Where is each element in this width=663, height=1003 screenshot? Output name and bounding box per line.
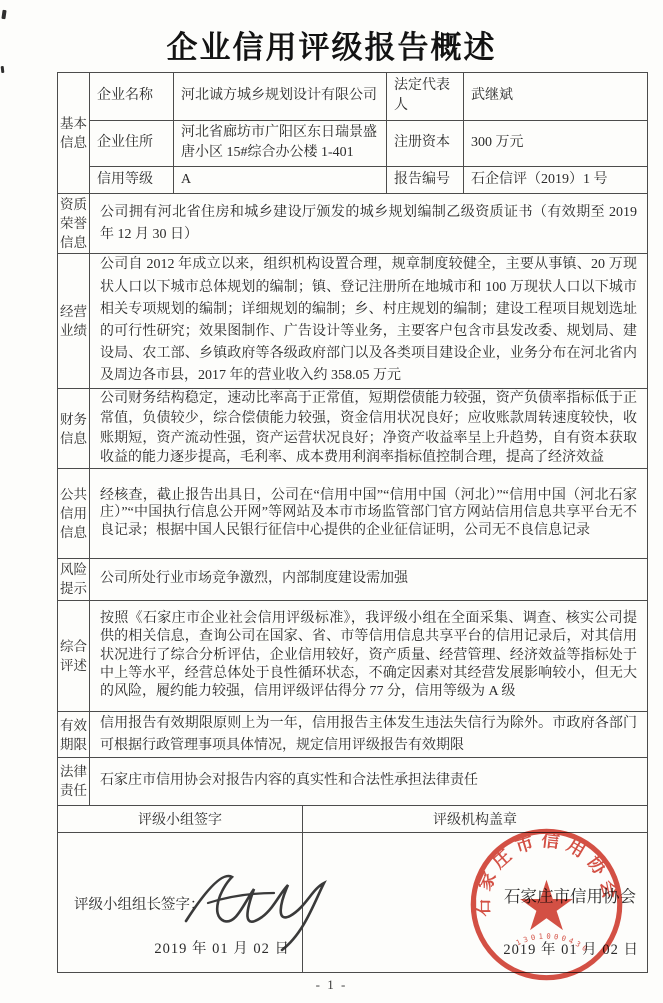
section-content: 信用报告有效期限原则上为一年，信用报告主体发生违法失信行为除外。市政府各部门可根… (90, 712, 647, 757)
section-label-qualification: 资质荣誉信息 (58, 194, 90, 253)
section-content: 公司拥有河北省住房和城乡建设厅颁发的城乡规划编制乙级资质证书（有效期至 2019… (90, 194, 647, 253)
section-text: 按照《石家庄市企业社会信用评级标准》，我评级小组在全面采集、调查、核实公司提供的… (100, 610, 637, 702)
section-public-credit: 公共信用信息 经核查，截止报告出具日，公司在“信用中国”“信用中国（河北）”“信… (58, 469, 647, 559)
section-text: 公司财务结构稳定，速动比率高于正常值，短期偿债能力较强，资产负债率指标低于正常值… (100, 389, 637, 467)
field-value-registered-capital: 300 万元 (464, 121, 647, 167)
section-label-business: 经营业绩 (58, 254, 90, 388)
scan-artifact (1, 10, 6, 19)
section-label-basic: 基本信息 (58, 73, 90, 193)
section-content: 石家庄市信用协会对报告内容的真实性和合法性承担法律责任 (90, 758, 647, 805)
section-label-risk: 风险提示 (58, 559, 90, 600)
table-row: 企业住所 河北省廊坊市广阳区东日瑞景盛唐小区 15#综合办公楼 1-401 注册… (90, 121, 647, 168)
table-row: 企业名称 河北诚方城乡规划设计有限公司 法定代表人 武继斌 (90, 73, 647, 121)
section-content: 公司财务结构稳定，速动比率高于正常值，短期偿债能力较强，资产负债率指标低于正常值… (90, 389, 647, 468)
section-qualification: 资质荣誉信息 公司拥有河北省住房和城乡建设厅颁发的城乡规划编制乙级资质证书（有效… (58, 194, 647, 254)
seal-star-icon (520, 879, 573, 929)
section-validity-period: 有效期限 信用报告有效期限原则上为一年，信用报告主体发生违法失信行为除外。市政府… (58, 712, 647, 758)
table-row: 信用等级 A 报告编号 石企信评（2019）1 号 (90, 167, 647, 193)
field-value-company-name: 河北诚方城乡规划设计有限公司 (174, 73, 387, 120)
scanned-report-page: 企业信用评级报告概述 基本信息 企业名称 河北诚方城乡规划设计有限公司 法定代表… (0, 0, 663, 1003)
section-label-legal: 法律责任 (58, 758, 90, 805)
section-text: 经核查，截止报告出具日，公司在“信用中国”“信用中国（河北）”“信用中国（河北石… (100, 487, 637, 540)
signing-content-row: 评级小组组长签字： 2019 年 01 月 02 日 石家庄市信用协会 2019… (58, 833, 647, 972)
section-label-review: 综合评述 (58, 601, 90, 711)
field-label-legal-rep: 法定代表人 (387, 73, 464, 120)
field-label-registered-capital: 注册资本 (387, 121, 464, 167)
field-label-report-number: 报告编号 (387, 167, 464, 193)
field-value-report-number: 石企信评（2019）1 号 (464, 167, 647, 193)
section-business-performance: 经营业绩 公司自 2012 年成立以来，组织机构设置合理，规章制度较健全，主要从… (58, 254, 647, 389)
section-text: 公司自 2012 年成立以来，组织机构设置合理，规章制度较健全，主要从事镇、20… (100, 254, 637, 387)
field-label-company-name: 企业名称 (90, 73, 174, 120)
section-content: 经核查，截止报告出具日，公司在“信用中国”“信用中国（河北）”“信用中国（河北石… (90, 469, 647, 558)
section-label-validity: 有效期限 (58, 712, 90, 757)
section-text: 石家庄市信用协会对报告内容的真实性和合法性承担法律责任 (100, 771, 637, 791)
section-overall-review: 综合评述 按照《石家庄市企业社会信用评级标准》，我评级小组在全面采集、调查、核实… (58, 601, 647, 712)
signature-cell: 评级小组组长签字： 2019 年 01 月 02 日 (58, 833, 303, 972)
section-content: 公司自 2012 年成立以来，组织机构设置合理，规章制度较健全，主要从事镇、20… (90, 254, 647, 388)
signature-date: 2019 年 01 月 02 日 (154, 937, 290, 958)
svg-text:1301000430: 1301000430 (515, 931, 592, 954)
field-value-legal-rep: 武继斌 (464, 73, 647, 120)
seal-cell: 石家庄市信用协会 2019 年 01 月 02 日 石家庄市信用协会 13010… (303, 833, 647, 972)
section-risk-warning: 风险提示 公司所处行业市场竞争激烈，内部制度建设需加强 (58, 559, 647, 601)
section-text: 信用报告有效期限原则上为一年，信用报告主体发生违法失信行为除外。市政府各部门可根… (100, 713, 637, 756)
official-red-seal: 石家庄市信用协会 1301000430 (464, 822, 629, 987)
field-label-credit-grade: 信用等级 (90, 167, 174, 193)
section-label-public-credit: 公共信用信息 (58, 469, 90, 558)
basic-info-grid: 企业名称 河北诚方城乡规划设计有限公司 法定代表人 武继斌 企业住所 河北省廊坊… (90, 73, 647, 193)
field-value-credit-grade: A (174, 167, 387, 193)
section-financial-info: 财务信息 公司财务结构稳定，速动比率高于正常值，短期偿债能力较强，资产负债率指标… (58, 389, 647, 469)
section-content: 公司所处行业市场竞争激烈，内部制度建设需加强 (90, 559, 647, 600)
signature-header: 评级小组签字 (58, 806, 303, 832)
field-value-address: 河北省廊坊市广阳区东日瑞景盛唐小区 15#综合办公楼 1-401 (174, 121, 387, 167)
section-basic-info: 基本信息 企业名称 河北诚方城乡规划设计有限公司 法定代表人 武继斌 企业住所 … (58, 73, 647, 194)
section-content: 按照《石家庄市企业社会信用评级标准》，我评级小组在全面采集、调查、核实公司提供的… (90, 601, 647, 711)
seal-code: 1301000430 (515, 931, 592, 954)
section-label-financial: 财务信息 (58, 389, 90, 468)
report-table: 基本信息 企业名称 河北诚方城乡规划设计有限公司 法定代表人 武继斌 企业住所 … (57, 72, 648, 973)
section-text: 公司拥有河北省住房和城乡建设厅颁发的城乡规划编制乙级资质证书（有效期至 2019… (100, 202, 637, 246)
section-legal-liability: 法律责任 石家庄市信用协会对报告内容的真实性和合法性承担法律责任 (58, 758, 647, 806)
section-text: 公司所处行业市场竞争激烈，内部制度建设需加强 (100, 569, 637, 589)
page-title: 企业信用评级报告概述 (0, 22, 663, 67)
field-label-address: 企业住所 (90, 121, 174, 167)
